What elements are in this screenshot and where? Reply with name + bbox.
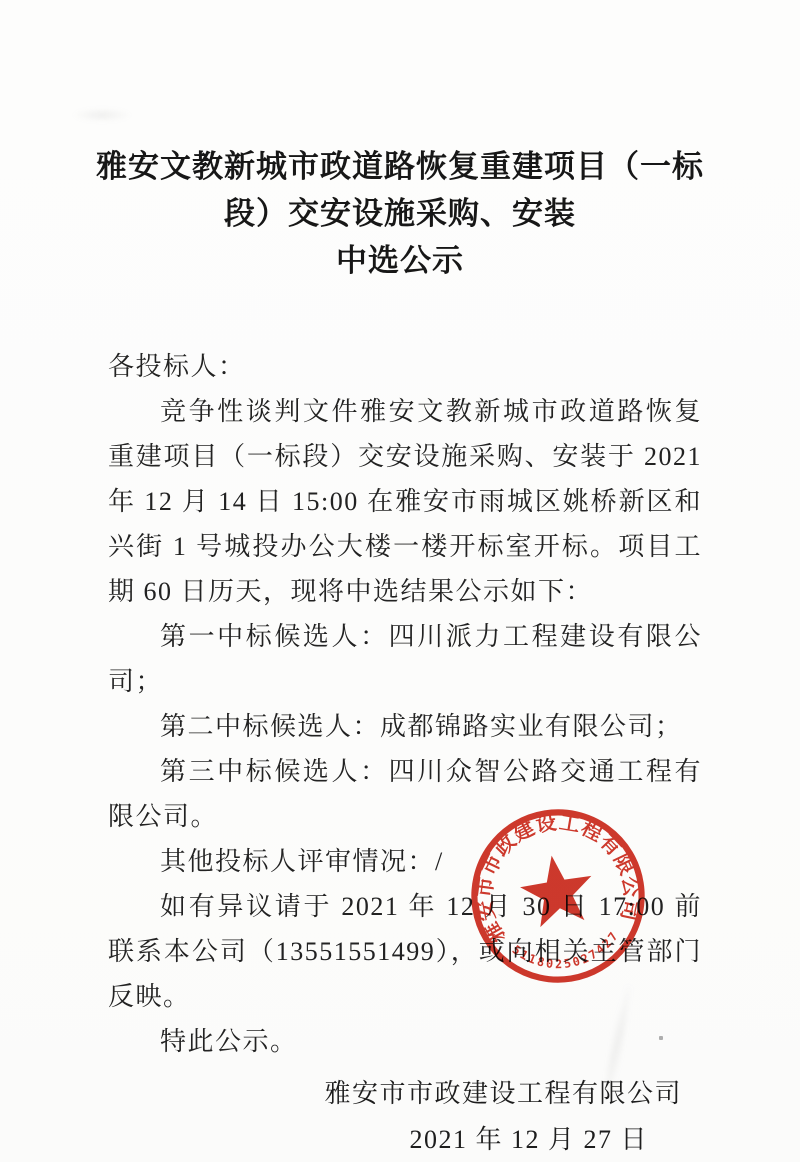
announcement-document: 雅安文教新城市政道路恢复重建项目（一标 段）交安设施采购、安装 中选公示 各投标… bbox=[0, 0, 800, 1162]
signature-company: 雅安市市政建设工程有限公司 bbox=[0, 1071, 800, 1117]
seal-star-icon bbox=[516, 850, 598, 929]
paragraph-candidate-1: 第一中标候选人：四川派力工程建设有限公司； bbox=[108, 614, 702, 704]
salutation: 各投标人： bbox=[108, 344, 702, 389]
official-seal-graphic: 雅安市市政建设工程有限公司 5118025027427 bbox=[449, 787, 666, 1004]
paragraph-candidate-2: 第二中标候选人：成都锦路实业有限公司； bbox=[108, 704, 702, 749]
title-line-1: 雅安文教新城市政道路恢复重建项目（一标 bbox=[0, 143, 800, 190]
signature-block: 雅安市市政建设工程有限公司 2021 年 12 月 27 日 bbox=[0, 1071, 800, 1162]
paragraph-closing: 特此公示。 bbox=[108, 1019, 702, 1064]
paragraph-opening: 竞争性谈判文件雅安文教新城市政道路恢复重建项目（一标段）交安设施采购、安装于 2… bbox=[108, 389, 702, 614]
document-title: 雅安文教新城市政道路恢复重建项目（一标 段）交安设施采购、安装 中选公示 bbox=[0, 0, 800, 284]
title-line-2: 段）交安设施采购、安装 bbox=[0, 190, 800, 237]
title-line-3: 中选公示 bbox=[0, 237, 800, 284]
signature-date: 2021 年 12 月 27 日 bbox=[0, 1117, 800, 1162]
official-seal: 雅安市市政建设工程有限公司 5118025027427 bbox=[449, 787, 666, 1004]
